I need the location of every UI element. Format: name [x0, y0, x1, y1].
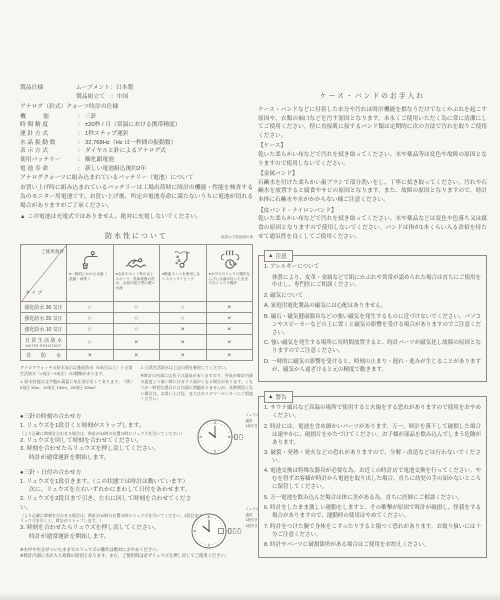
warning-tag-label: 警告 — [275, 393, 286, 401]
warning-item: 4. 電池交換は特殊な器具が必要な為、お近くの時計店で電池交換を行ってください。… — [264, 468, 481, 492]
spec-row: 時 間 精 度 ： ±20秒 / 月（常温における携帯精度） — [20, 121, 253, 130]
mark-cell: × — [67, 350, 114, 361]
row-label: 強化防水 10 気圧 — [21, 324, 67, 335]
mark-cell: × — [160, 350, 207, 361]
spec-row: 運 針 方 式 ： 1秒ステップ運針 — [20, 130, 253, 139]
caution-item: D. 一時的に磁気の影響を受けると、時刻の止まり・遅れ・進みが生じることがありま… — [264, 359, 481, 375]
waterproof-col-crown-wet: ●水中でのリュウズ操作ならびに水滴の付いたままでのリュウズ操作 — [206, 245, 253, 302]
col-desc-splash: ●一般的にかかる水滴（ 洗顔・雨等 ） — [67, 271, 113, 282]
spec-row: 表 示 方 式 ： ダイヤルと針によるアナログ式 — [20, 147, 253, 156]
waterproof-table: ご使用条件 タイプ — [20, 244, 253, 361]
care-body-metal-band: 石鹸水を付けた柔らかい歯ブラシで部分洗いをし、丁寧に拭き取ってください。汚れや石… — [258, 179, 487, 205]
caution-tag: ▲ 注意 — [264, 250, 293, 262]
warning-item: 6. 時計をしたまま激しい運動をしますと、その衝撃が原因で時計が破損し、怪我をす… — [264, 505, 481, 521]
waterproof-footnotes: アナログウォッチの防水表示は強化防水（5気圧以上）と日常生活防水（1気圧～3気圧… — [20, 365, 253, 404]
mark-cell: × — [160, 324, 207, 335]
row-label: 強化防水 20 気圧 — [21, 313, 67, 324]
instruction-line: 時計が通常運針を開始します。 — [20, 454, 202, 463]
row-sublabel: WATER RESISTANT — [22, 344, 65, 348]
time-setting-section: ●三針の時刻の合わせ方 1. リュウズを1段引くと時刻がストップします。 （より… — [20, 411, 253, 560]
caution-item: A. 家庭用電化製品の磁気には心配はありません。 — [264, 303, 481, 311]
instruction-note: （より正確に時刻を合わせる場合は、秒針が12時の位置の時にリュウズを引いてくださ… — [20, 431, 206, 437]
product-spec-block: 製品仕様 ムーブメント：日本製 製品組立て ：中国 アナログ（針式）クォーツ時計… — [20, 84, 253, 222]
caution-item: 1. アレルギーについて — [264, 264, 481, 272]
caution-tag-label: 注意 — [275, 252, 286, 260]
mark-cell: × — [160, 335, 207, 350]
mark-cell: ○ — [67, 302, 114, 313]
mark-cell: ○ — [113, 302, 160, 313]
warning-item: 1. サウナ風呂など高温の場所で使用すると火傷をする恐れがありますので使用をおや… — [264, 405, 481, 421]
waterproof-note: 用語は下図参照の事 — [221, 235, 253, 240]
mark-cell: × — [206, 335, 253, 350]
table-row: 強化防水 30 気圧 ○ ○ ○ × — [21, 302, 253, 313]
care-body-leather-band: 乾いた柔らかい布などで汚れを拭き取ってください。水や薬品などは変色や色落ち又は腐… — [258, 215, 487, 241]
battery-warning: ▲ この電池は充電式ではありません。絶対に充電しないでください。 — [20, 213, 253, 222]
swimmer-icon — [114, 245, 160, 271]
waterproof-col-dive: ●酸素ボンベを使用しないスキンダイビング — [160, 245, 207, 302]
caution-item: 2. 磁気について — [264, 293, 481, 301]
spec-top-row: 製品組立て ：中国 — [20, 93, 253, 102]
care-head-case: 【ケース】 — [258, 142, 487, 151]
waterproof-col-splash: ●一般的にかかる水滴（ 洗顔・雨等 ） — [67, 245, 114, 302]
spec-row: 水 晶 振 動 数 ： 32,768Hz（Hz は一秒間の振動数） — [20, 139, 253, 148]
spec-top-row: 製品仕様 ムーブメント：日本製 — [20, 84, 253, 93]
mark-cell: ○ — [160, 302, 207, 313]
spec-row: 使用バッテリー ： 酸化銀電池 — [20, 156, 253, 165]
mark-cell: ○ — [67, 335, 114, 350]
warning-item: 8. 時計やパーツに破損箇所がある場合はご使用をお控えください。 — [264, 542, 481, 550]
mark-cell: × — [206, 350, 253, 361]
mark-cell: × — [206, 324, 253, 335]
caution-item: 体質により、皮革・金属などで肌にかぶれや異常が認められた場合は直ちにご使用を中止… — [264, 275, 481, 291]
mark-cell: × — [113, 350, 160, 361]
waterproof-col-swim: ●水泳やヨット等の水上スポーツ、洗車業務の洗水、水道の蛇口等の強い水流 — [113, 245, 160, 302]
caution-box: ▲ 注意 1. アレルギーについて 体質により、皮革・金属などで肌にかぶれや異常… — [258, 255, 487, 382]
diving-icon — [160, 245, 206, 271]
col-desc-swim: ●水泳やヨット等の水上スポーツ、洗車業務の洗水、水道の蛇口等の強い水流 — [114, 271, 160, 291]
watch-face-date-icon — [189, 507, 245, 555]
table-row: 日 常 生 活 防 水 WATER RESISTANT ○ × × × — [21, 335, 253, 350]
waterproof-title-bar: 防水性について 用語は下図参照の事 — [20, 231, 253, 241]
crown-position-labels: リュウズ 通常 1段引き — [246, 413, 259, 429]
spec-subtitle: アナログ（針式）クォーツ時計の仕様 — [20, 103, 253, 112]
battery-about-body: お買い上げ時に組み込まれているバッテリーは工場出荷時に時計の機能・性能を検査する… — [20, 184, 253, 210]
waterproof-section: 防水性について 用語は下図参照の事 ご使用条件 タイプ — [20, 231, 253, 404]
clock-illustration-date: リュウズ 通常 1段引き 2段引き — [189, 507, 259, 555]
mark-cell: × — [206, 302, 253, 313]
clock-illustration-three-hand: リュウズ 通常 1段引き — [195, 413, 259, 461]
warning-item: 5. 万一電池を飲み込んだ場合は体に害がある為、直ちに医師にご相談ください。 — [264, 495, 481, 503]
care-intro: ケース・バンドなどに付着した水分や汚れは時計機能を損なうだけでなくかぶれを起こす… — [258, 106, 487, 140]
faucet-icon — [67, 245, 113, 271]
battery-about-title: アナログクォーツに組み込まれているバッテリー（電池）について — [20, 174, 253, 183]
mark-cell: ○ — [160, 313, 207, 324]
mark-cell: ○ — [67, 324, 114, 335]
row-label: 非 防 水 — [21, 350, 67, 361]
warning-triangle-icon: ▲ — [268, 394, 273, 400]
spec-row: 電 池 寿 命 ： 新しい電池組込後約2年 — [20, 165, 253, 174]
warning-item: 2. 時計には、電池を含め細かいパーツがあります。万一、時計を落下して破損した場… — [264, 424, 481, 448]
instruction-line: 時計が通常運針を開始します。 — [20, 533, 202, 542]
waterproof-corner-cell: ご使用条件 タイプ — [21, 245, 67, 302]
row-label: 日 常 生 活 防 水 WATER RESISTANT — [21, 335, 67, 350]
row-label: 強化防水 30 気圧 — [21, 302, 67, 313]
instruction-line: 3. 時刻を合わせたらリュウズを押し戻してください。 — [20, 524, 202, 533]
spec-top-value: ムーブメント：日本製 — [76, 84, 253, 93]
mark-cell: ○ — [113, 313, 160, 324]
instruction-line: 1. リュウズを1段引くと時刻がストップします。 — [20, 422, 202, 431]
care-section-title: ケース・バンドのお手入れ — [258, 90, 487, 100]
caution-item: C. 強い磁気を発生する場所に長時間放置すると、時計パーツが磁気化し故障の原因と… — [264, 340, 481, 356]
col-desc-dive: ●酸素ボンベを使用しないスキンダイビング — [160, 271, 206, 282]
table-row: 強化防水 20 気圧 ○ ○ ○ × — [21, 313, 253, 324]
watch-face-icon — [195, 413, 245, 461]
mark-cell: ○ — [67, 313, 114, 324]
footnote-left: アナログウォッチの防水表示は強化防水（5気圧以上）と日常生活防水（1気圧～3気圧… — [20, 365, 133, 404]
spec-top-value: 製品組立て ：中国 — [76, 93, 253, 102]
warning-triangle-icon: ▲ — [268, 253, 273, 259]
left-column: 製品仕様 ムーブメント：日本製 製品組立て ：中国 アナログ（針式）クォーツ時計… — [20, 84, 253, 560]
spec-top-label: 製品仕様 — [20, 84, 76, 93]
col-desc-crown-wet: ●水中でのリュウズ操作ならびに水滴の付いたままでのリュウズ操作 — [207, 271, 253, 286]
right-column: ケース・バンドのお手入れ ケース・バンドなどに付着した水分や汚れは時計機能を損な… — [258, 90, 487, 558]
care-body-case: 乾いた柔らかい布などで汚れを拭き取ってください。水や薬品等は変色や故障の原因とな… — [258, 151, 487, 168]
corner-usage-label: ご使用条件 — [41, 249, 64, 255]
instruction-line: 次に、リュウズを左右いずれかにまわして日付をあわせます。 — [20, 486, 202, 495]
warning-box: ▲ 警告 1. サウナ風呂など高温の場所で使用すると火傷をする恐れがありますので… — [258, 396, 487, 558]
sauna-icon — [207, 245, 253, 271]
footnote-right: 2. 日常生活防水は上記の図を参照してください。 ※時計の内部には若干の湿気があ… — [141, 365, 254, 404]
corner-type-label: タイプ — [25, 289, 44, 296]
mark-cell: ○ — [113, 324, 160, 335]
instruction-sheet-page: 製品仕様 ムーブメント：日本製 製品組立て ：中国 アナログ（針式）クォーツ時計… — [0, 0, 500, 600]
caution-item: B. 磁石・磁気健康器具などの強い磁気を発生するものに近づけないでください。パソ… — [264, 314, 481, 338]
care-head-leather-band: 【皮バンド・ナイロンバンド】 — [258, 207, 487, 216]
mark-cell: × — [113, 335, 160, 350]
instruction-line: 2. リュウズを2段目まで引き、左右に回して時刻を合わせてください。 — [20, 495, 202, 512]
instruction-line: 2. リュウズを回して時刻を合わせてください。 — [20, 437, 202, 446]
warning-tag: ▲ 警告 — [264, 391, 293, 403]
table-row: 非 防 水 × × × × — [21, 350, 253, 361]
crown-position-labels: リュウズ 通常 1段引き 2段引き — [246, 507, 259, 529]
battery-warning-text: この電池は充電式ではありません。絶対に充電しないでください。 — [27, 213, 201, 222]
mark-cell: × — [206, 313, 253, 324]
date-setting-title: ●三針・日付の合わせ方 — [20, 467, 253, 476]
care-head-metal-band: 【金属バンド】 — [258, 170, 487, 179]
warning-item: 7. 時計をつけた腕で身体をこすったりすると傷つく恐れがあります。お取り扱いには… — [264, 524, 481, 540]
spec-row: 機 能 ： 三針 — [20, 113, 253, 122]
instruction-line: 3. 時刻を合わせたらリュウズを押し戻してください。 — [20, 445, 202, 454]
table-row: 強化防水 10 気圧 ○ ○ × × — [21, 324, 253, 335]
warning-item: 3. 破裂・発熱・発火などの恐れがありますので、分解・改造などは行わないでくださ… — [264, 450, 481, 466]
warning-triangle-icon: ▲ — [20, 213, 25, 222]
waterproof-title: 防水性について — [105, 233, 168, 240]
instruction-line: 1. リュウズを1段引きます。（この状態では時計は動いています） — [20, 478, 202, 487]
instruction-note: （より正確に時刻を合わせる場合は、秒針が12時の位置の時にリュウズを引いてくださ… — [20, 513, 206, 525]
